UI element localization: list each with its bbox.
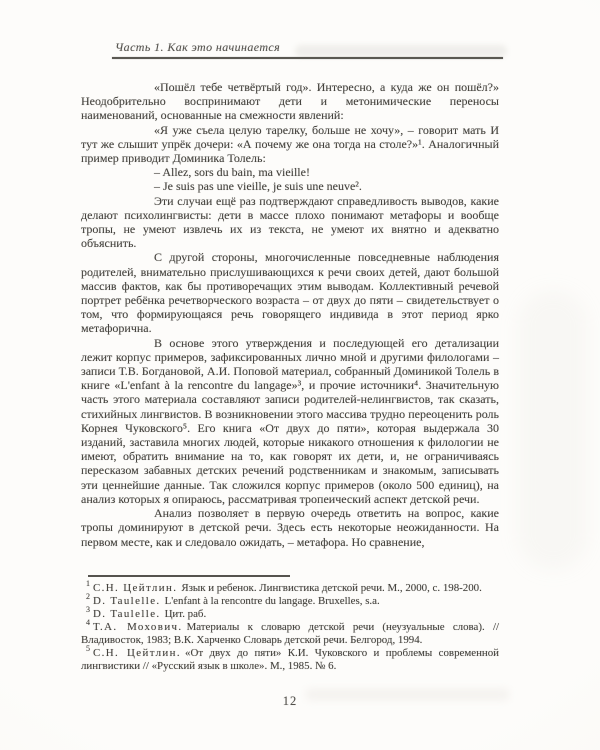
footnote-marker: 4	[86, 618, 90, 627]
footnote-author: D. Taulelle.	[93, 595, 161, 607]
footnote-separator	[88, 575, 290, 577]
body-paragraph: С другой стороны, многочисленные повседн…	[81, 250, 499, 335]
body-text-block: «Пошёл тебе четвёртый год». Интересно, а…	[81, 80, 499, 549]
body-paragraph-dialogue: – Allez, sors du bain, ma vieille!	[81, 165, 499, 179]
body-paragraph: «Пошёл тебе четвёртый год». Интересно, а…	[81, 80, 499, 123]
footnote-author: С.Н. Цейтлин.	[93, 582, 177, 594]
body-paragraph: Анализ позволяет в первую очередь ответи…	[81, 506, 499, 549]
running-header: Часть 1. Как это начинается	[115, 40, 280, 55]
footnote-marker: 2	[86, 592, 90, 601]
body-paragraph: Эти случаи ещё раз подтверждают справедл…	[81, 194, 499, 251]
footnote-author: Т.А. Мохович.	[93, 621, 183, 633]
body-paragraph: «Я уже съела целую тарелку, больше не хо…	[81, 123, 499, 166]
scan-smudge	[518, 290, 588, 570]
footnote-text: L'enfant à la rencontre du langage. Brux…	[165, 595, 380, 607]
footnote: 4Т.А. Мохович.Материалы к словарю детско…	[81, 621, 499, 647]
footnote-marker: 3	[86, 605, 90, 614]
footnote-text: Язык и ребенок. Лингвистика детской речи…	[181, 582, 482, 594]
body-paragraph: В основе этого утверждения и последующей…	[81, 336, 499, 506]
header-rule	[112, 57, 503, 59]
footnote: 1С.Н. Цейтлин.Язык и ребенок. Лингвистик…	[81, 582, 499, 595]
footnote: 2D. Taulelle.L'enfant à la rencontre du …	[81, 595, 499, 608]
page-number: 12	[81, 694, 499, 709]
footnote-text: Цит. раб.	[165, 608, 207, 620]
footnotes-block: 1С.Н. Цейтлин.Язык и ребенок. Лингвистик…	[81, 582, 499, 673]
footnote-marker: 1	[86, 579, 90, 588]
footnote: 5С.Н. Цейтлин.«От двух до пяти» К.И. Чук…	[81, 647, 499, 673]
body-paragraph-dialogue: – Je suis pas une vieille, je suis une n…	[81, 179, 499, 193]
scanned-page: Часть 1. Как это начинается «Пошёл тебе …	[0, 0, 600, 750]
footnote-author: С.Н. Цейтлин.	[93, 647, 181, 659]
scan-smudge	[295, 45, 507, 57]
footnote: 3D. Taulelle.Цит. раб.	[81, 608, 499, 621]
footnote-author: D. Taulelle.	[93, 608, 161, 620]
footnote-marker: 5	[86, 644, 90, 653]
